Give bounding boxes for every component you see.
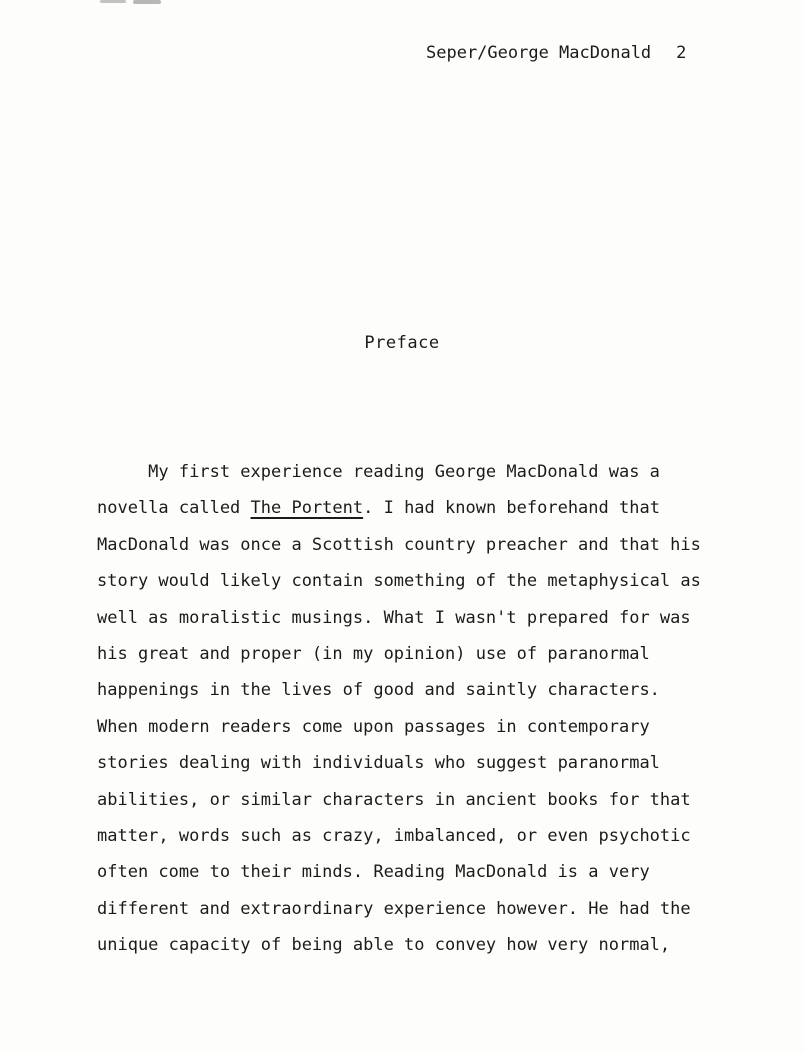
section-title: Preface bbox=[0, 332, 804, 354]
scan-smudge-artifact bbox=[100, 0, 126, 3]
text-line: abilities, or similar characters in anci… bbox=[97, 782, 737, 818]
text-segment: unique capacity of being able to convey … bbox=[97, 935, 670, 955]
text-line: happenings in the lives of good and sain… bbox=[97, 672, 737, 708]
text-segment: story would likely contain something of … bbox=[97, 571, 701, 591]
text-segment: his great and proper (in my opinion) use… bbox=[97, 644, 650, 664]
text-line: My first experience reading George MacDo… bbox=[97, 454, 737, 490]
text-line: matter, words such as crazy, imbalanced,… bbox=[97, 818, 737, 854]
text-segment: stories dealing with individuals who sug… bbox=[97, 753, 660, 773]
text-segment: matter, words such as crazy, imbalanced,… bbox=[97, 826, 691, 846]
running-header: Seper/George MacDonald 2 bbox=[426, 42, 686, 64]
text-segment: different and extraordinary experience h… bbox=[97, 899, 691, 919]
text-line: When modern readers come upon passages i… bbox=[97, 709, 737, 745]
text-segment: novella called bbox=[97, 498, 251, 518]
body-paragraph: My first experience reading George MacDo… bbox=[97, 454, 737, 963]
text-line: stories dealing with individuals who sug… bbox=[97, 745, 737, 781]
manuscript-page: Seper/George MacDonald 2 Preface My firs… bbox=[0, 0, 804, 1052]
text-line: story would likely contain something of … bbox=[97, 563, 737, 599]
text-segment: MacDonald was once a Scottish country pr… bbox=[97, 535, 701, 555]
text-segment: When modern readers come upon passages i… bbox=[97, 717, 650, 737]
text-line: often come to their minds. Reading MacDo… bbox=[97, 854, 737, 890]
running-head-text: Seper/George MacDonald bbox=[426, 42, 651, 64]
text-segment: . I had known beforehand that bbox=[363, 498, 660, 518]
text-segment: My first experience reading George MacDo… bbox=[97, 462, 660, 482]
text-line: MacDonald was once a Scottish country pr… bbox=[97, 527, 737, 563]
underlined-book-title: The Portent bbox=[251, 498, 364, 518]
scan-smudge-artifact bbox=[133, 0, 161, 4]
text-line: different and extraordinary experience h… bbox=[97, 891, 737, 927]
text-line: his great and proper (in my opinion) use… bbox=[97, 636, 737, 672]
text-segment: often come to their minds. Reading MacDo… bbox=[97, 862, 650, 882]
text-segment: abilities, or similar characters in anci… bbox=[97, 790, 691, 810]
page-number: 2 bbox=[676, 42, 686, 64]
text-segment: well as moralistic musings. What I wasn'… bbox=[97, 608, 691, 628]
text-line: unique capacity of being able to convey … bbox=[97, 927, 737, 963]
text-segment: happenings in the lives of good and sain… bbox=[97, 680, 660, 700]
text-line: well as moralistic musings. What I wasn'… bbox=[97, 600, 737, 636]
text-line: novella called The Portent. I had known … bbox=[97, 490, 737, 526]
